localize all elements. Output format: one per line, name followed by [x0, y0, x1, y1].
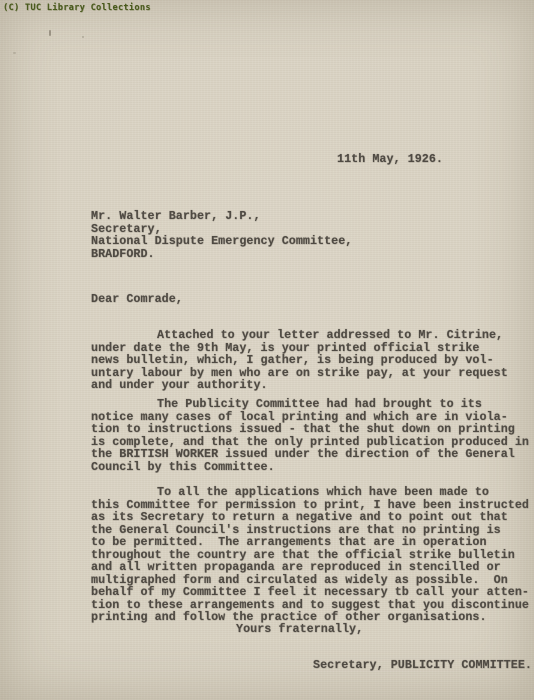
paper-speck	[13, 52, 16, 54]
letter-date: 11th May, 1926.	[337, 153, 443, 166]
closing-line: Yours fraternally,	[236, 623, 363, 636]
body-paragraph-3: To all the applications which have been …	[91, 486, 534, 624]
paper-speck	[49, 30, 51, 36]
body-paragraph-2: The Publicity Committee had had brought …	[91, 398, 534, 473]
signature-line: Secretary, PUBLICITY COMMITTEE.	[313, 659, 532, 672]
copyright-watermark: (C) TUC Library Collections	[3, 3, 151, 13]
salutation: Dear Comrade,	[91, 293, 183, 306]
paper-speck	[82, 36, 84, 38]
body-paragraph-1: Attached to your letter addressed to Mr.…	[91, 329, 534, 392]
scanned-letter-page: (C) TUC Library Collections 11th May, 19…	[0, 0, 534, 700]
recipient-address-block: Mr. Walter Barber, J.P., Secretary, Nati…	[91, 210, 352, 260]
